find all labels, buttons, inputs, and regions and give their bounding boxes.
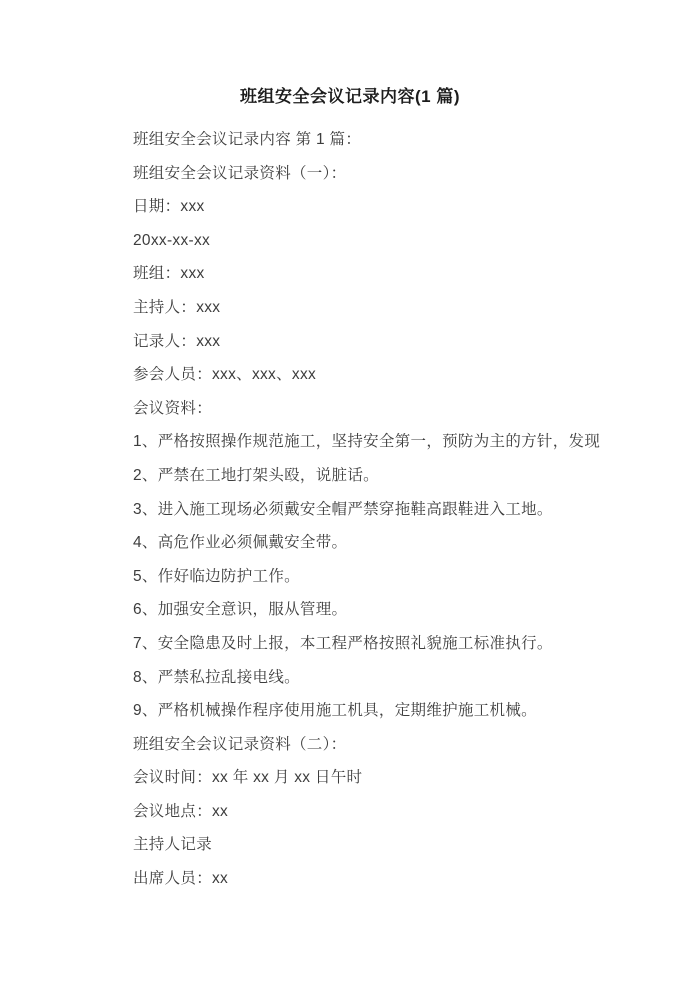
paragraph-item-6: 6、加强安全意识，服从管理。 [133, 593, 660, 627]
paragraph-attendees: 参会人员：xxx、xxx、xxx [133, 358, 660, 392]
paragraph-item-4: 4、高危作业必须佩戴安全带。 [133, 526, 660, 560]
paragraph-item-2: 2、严禁在工地打架头殴，说脏话。 [133, 459, 660, 493]
paragraph-date-value: 20xx-xx-xx [133, 224, 660, 258]
paragraph-item-8: 8、严禁私拉乱接电线。 [133, 661, 660, 695]
paragraph-meeting-place: 会议地点：xx [133, 795, 660, 829]
paragraph-item-9: 9、严格机械操作程序使用施工机具，定期维护施工机械。 [133, 694, 660, 728]
document-page: 班组安全会议记录内容(1 篇) 班组安全会议记录内容 第 1 篇： 班组安全会议… [0, 0, 700, 990]
document-body: 班组安全会议记录内容 第 1 篇： 班组安全会议记录资料（一）： 日期：xxx … [0, 123, 700, 896]
paragraph-present-members: 出席人员：xx [133, 862, 660, 896]
paragraph-materials-heading: 会议资料： [133, 392, 660, 426]
paragraph-record-two-heading: 班组安全会议记录资料（二）： [133, 728, 660, 762]
paragraph-item-5: 5、作好临边防护工作。 [133, 560, 660, 594]
paragraph-meeting-time: 会议时间：xx 年 xx 月 xx 日午时 [133, 761, 660, 795]
paragraph-section-heading: 班组安全会议记录内容 第 1 篇： [133, 123, 660, 157]
paragraph-record-one-heading: 班组安全会议记录资料（一）： [133, 157, 660, 191]
paragraph-host: 主持人：xxx [133, 291, 660, 325]
paragraph-date-label: 日期：xxx [133, 190, 660, 224]
paragraph-recorder: 记录人：xxx [133, 325, 660, 359]
paragraph-item-1: 1、严格按照操作规范施工，坚持安全第一，预防为主的方针，发现 [133, 425, 660, 459]
document-title: 班组安全会议记录内容(1 篇) [0, 0, 700, 107]
paragraph-host-record: 主持人记录 [133, 828, 660, 862]
paragraph-item-3: 3、进入施工现场必须戴安全帽严禁穿拖鞋高跟鞋进入工地。 [133, 493, 660, 527]
paragraph-team: 班组：xxx [133, 257, 660, 291]
paragraph-item-7: 7、安全隐患及时上报，本工程严格按照礼貌施工标准执行。 [133, 627, 660, 661]
